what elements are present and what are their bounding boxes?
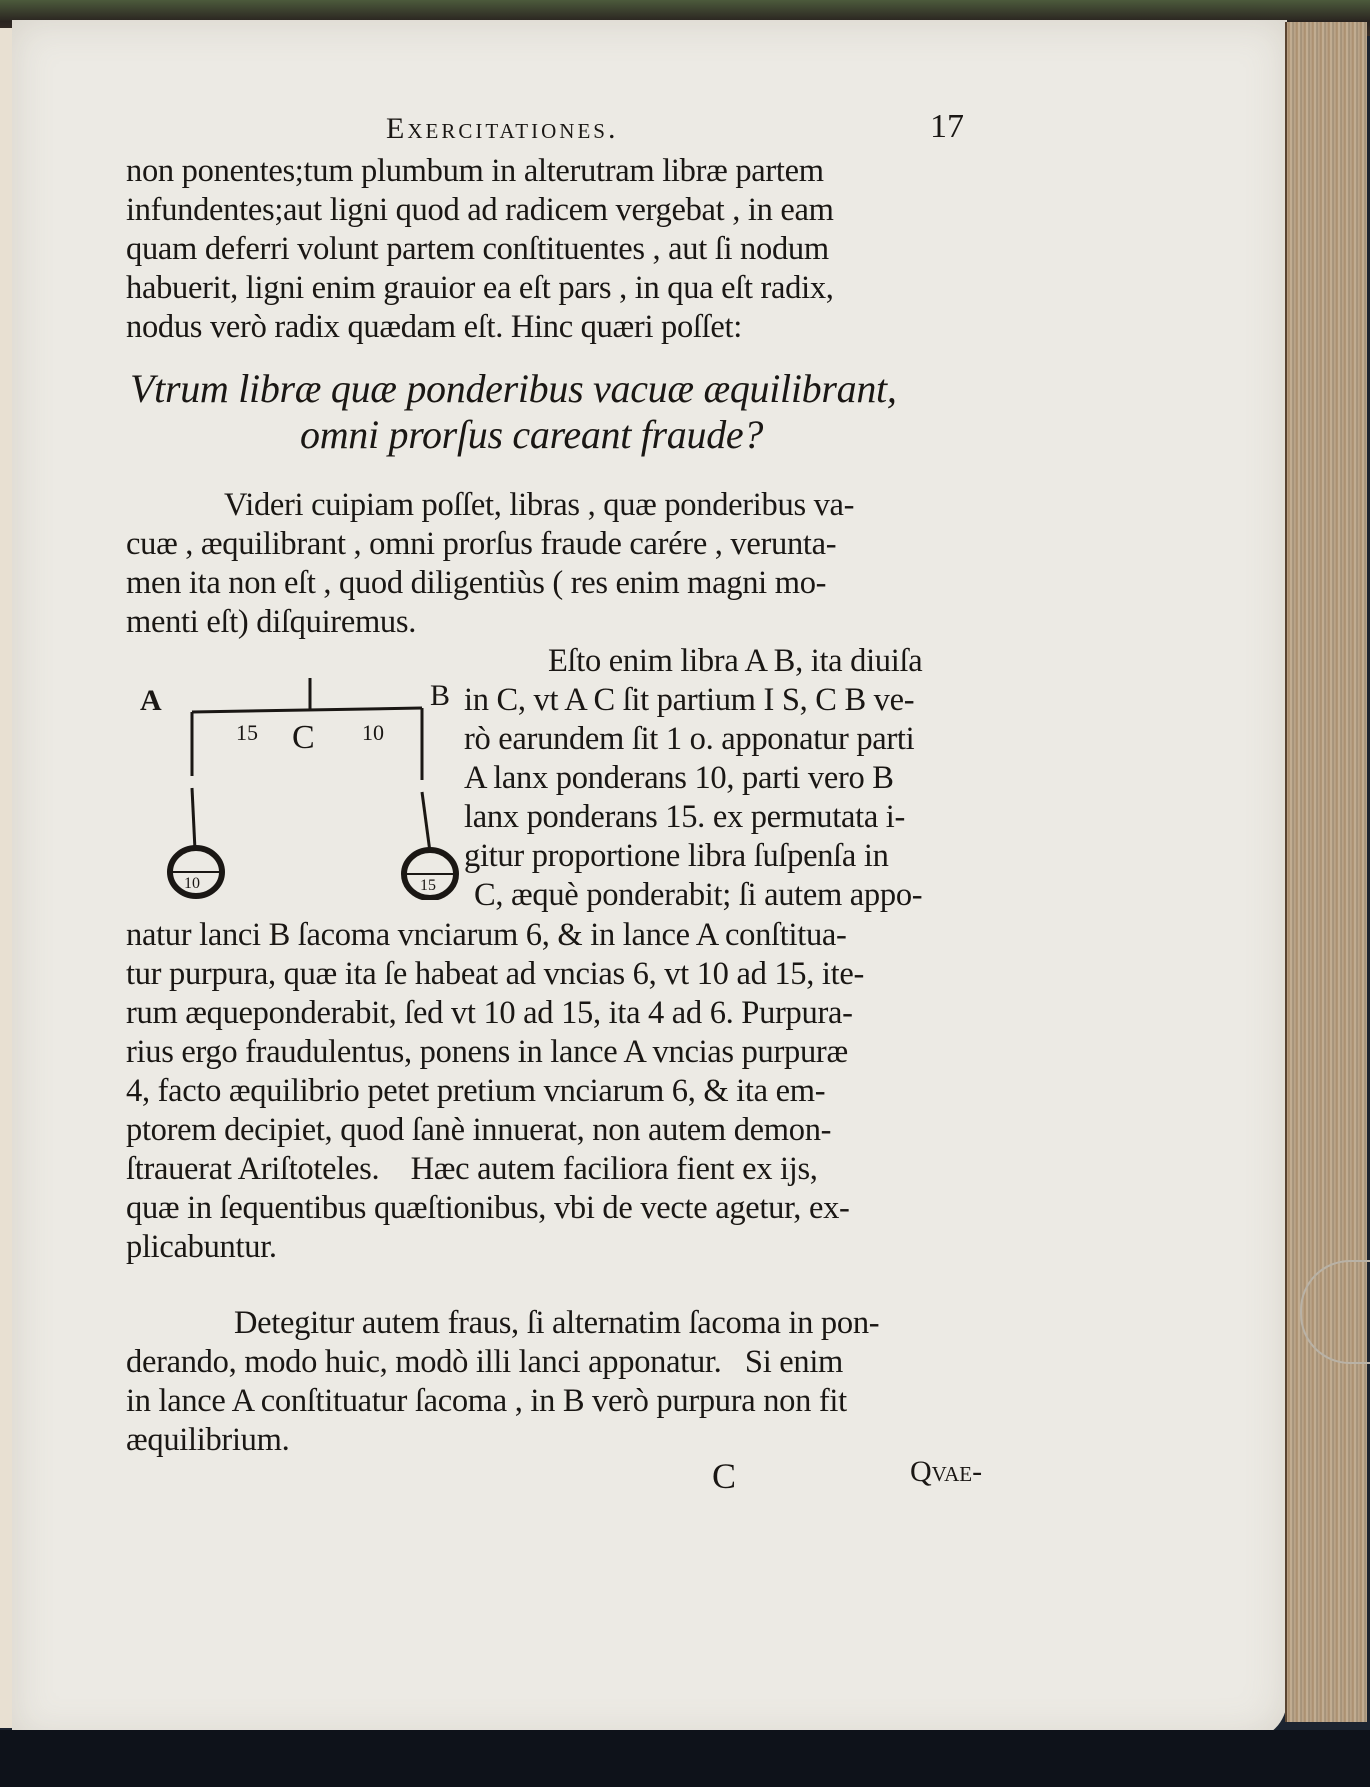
text-line: menti eſt) diſquiremus. [126,603,854,642]
text-line: æquilibrium. [126,1421,879,1460]
text-line: Eſto enim libra A B, ita diuiſa [464,642,922,681]
paragraph-4: Detegitur autem fraus, ſi alternatim ſac… [126,1304,879,1460]
text-line: Videri cuipiam poſſet, libras , quæ pond… [126,486,854,525]
text-line: infundentes;aut ligni quod ad radicem ve… [126,191,834,230]
text-line: ptorem decipiet, quod ſanè innuerat, non… [126,1111,864,1150]
paragraph-3-wrapped: Eſto enim libra A B, ita diuiſa in C, vt… [464,642,922,915]
running-head: Exercitationes. [386,112,618,146]
text-line: natur lanci B ſacoma vnciarum 6, & in la… [126,916,864,955]
text-line: tur purpura, quæ ita ſe habeat ad vncias… [126,955,864,994]
balance-diagram: A B C 15 10 10 15 [140,660,460,900]
text-line: rum æqueponderabit, ſed vt 10 ad 15, ita… [126,994,864,1033]
paragraph-3: natur lanci B ſacoma vnciarum 6, & in la… [126,916,864,1267]
page-fore-edge [1285,22,1367,1722]
text-line: quæ in ſequentibus quæſtionibus, vbi de … [126,1189,864,1228]
text-line: rius ergo fraudulentus, ponens in lance … [126,1033,864,1072]
pan-a-weight: 10 [184,875,200,892]
text-line: habuerit, ligni enim grauior ea eſt pars… [126,269,834,308]
text-line: gitur proportione libra ſuſpenſa in [464,837,922,876]
arm-cb-length: 10 [362,720,384,745]
paragraph-1: non ponentes;tum plumbum in alterutram l… [126,152,834,347]
question-heading: Vtrum libræ quæ ponderibus vacuæ æquilib… [130,366,897,458]
signature-mark: C [712,1455,736,1497]
text-line: A lanx ponderans 10, parti vero B [464,759,922,798]
text-line: rò earundem ſit 1 o. apponatur parti [464,720,922,759]
pan-b-weight: 15 [420,877,436,894]
label-b: B [430,679,450,712]
text-line: ſtrauerat Ariſtoteles. Hæc autem facilio… [126,1150,864,1189]
paragraph-2: Videri cuipiam poſſet, libras , quæ pond… [126,486,854,642]
page-number: 17 [930,108,964,146]
heading-line: omni prorſus careant fraude? [130,412,897,458]
text-line: nodus verò radix quædam eſt. Hinc quæri … [126,308,834,347]
text-line: plicabuntur. [126,1228,864,1267]
heading-line: Vtrum libræ quæ ponderibus vacuæ æquilib… [130,366,897,412]
text-line: in lance A conſtituatur ſacoma , in B ve… [126,1382,879,1421]
text-line: derando, modo huic, modò illi lanci appo… [126,1343,879,1382]
text-line: lanx ponderans 15. ex permutata i- [464,798,922,837]
text-line: C, æquè ponderabit; ſi autem appo- [464,876,922,915]
text-line: Detegitur autem fraus, ſi alternatim ſac… [126,1304,879,1343]
text-line: cuæ , æquilibrant , omni prorſus fraude … [126,525,854,564]
text-line: in C, vt A C ſit partium I S, C B ve- [464,681,922,720]
background-shadow [0,1730,1370,1787]
text-line: men ita non eſt , quod diligentiùs ( res… [126,564,854,603]
text-line: quam deferri volunt partem conſtituentes… [126,230,834,269]
label-c: C [292,719,315,756]
text-line: non ponentes;tum plumbum in alterutram l… [126,152,834,191]
text-line: 4, facto æquilibrio petet pretium vnciar… [126,1072,864,1111]
arm-ac-length: 15 [236,720,258,745]
label-a: A [140,684,162,717]
catchword: Qvae- [910,1455,982,1489]
